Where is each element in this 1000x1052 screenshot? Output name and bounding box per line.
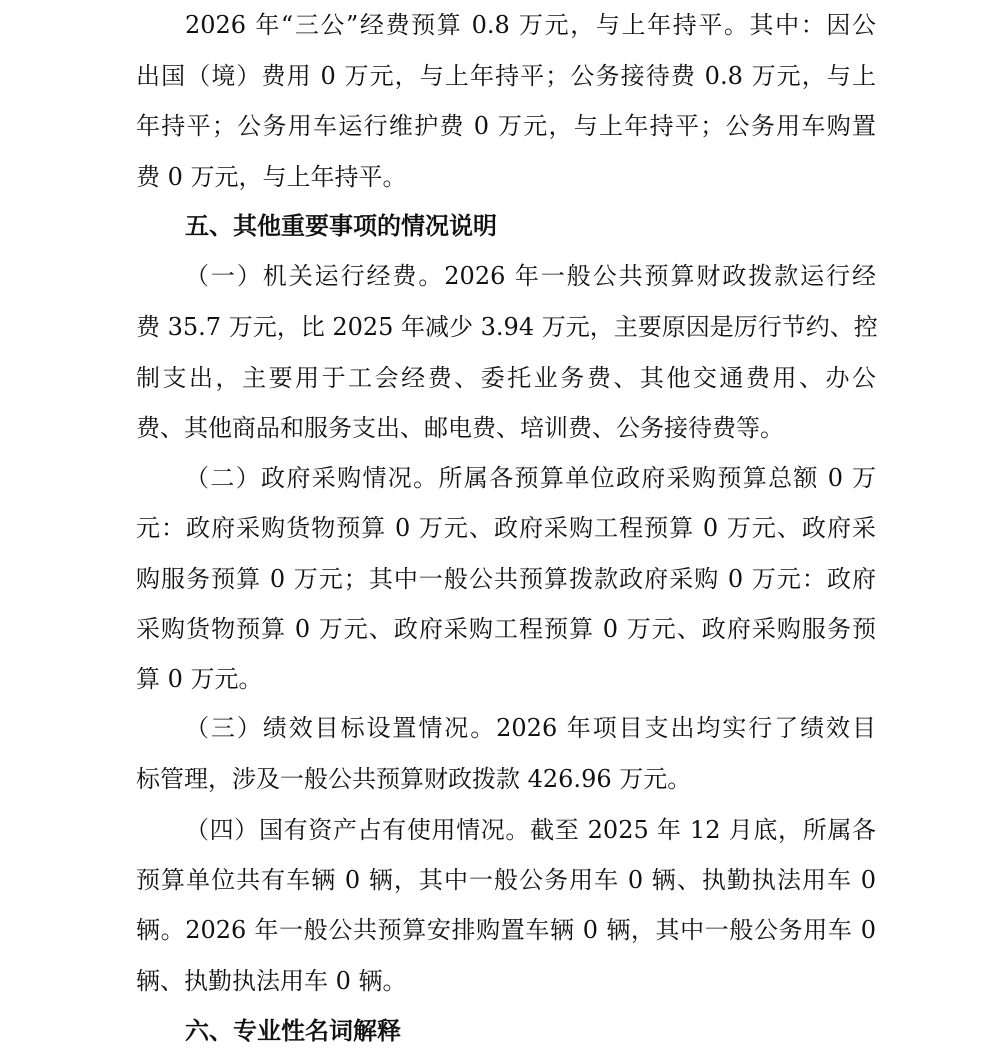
paragraph-procurement-line-4: 采购货物预算 0 万元、政府采购工程预算 0 万元、政府采购服务预 <box>136 609 876 649</box>
document-page: 2026 年“三公”经费预算 0.8 万元，与上年持平。其中：因公 出国（境）费… <box>0 0 1000 1052</box>
paragraph-operating-line-3: 制支出，主要用于工会经费、委托业务费、其他交通费用、办公 <box>136 358 876 398</box>
paragraph-operating-line-1: （一）机关运行经费。2026 年一般公共预算财政拨款运行经 <box>185 256 876 296</box>
section-heading-5: 五、其他重要事项的情况说明 <box>185 206 497 246</box>
paragraph-assets-line-2: 预算单位共有车辆 0 辆，其中一般公务用车 0 辆、执勤执法用车 0 <box>136 860 876 900</box>
paragraph-performance-line-2: 标管理，涉及一般公共预算财政拨款 426.96 万元。 <box>136 759 876 799</box>
paragraph-procurement-line-5: 算 0 万元。 <box>136 659 876 699</box>
paragraph-assets-line-3: 辆。2026 年一般公共预算安排购置车辆 0 辆，其中一般公务用车 0 <box>136 910 876 950</box>
paragraph-performance-line-1: （三）绩效目标设置情况。2026 年项目支出均实行了绩效目 <box>185 708 876 748</box>
paragraph-procurement-line-1: （二）政府采购情况。所属各预算单位政府采购预算总额 0 万 <box>185 458 876 498</box>
section-heading-6: 六、专业性名词解释 <box>185 1011 401 1051</box>
paragraph-assets-line-1: （四）国有资产占有使用情况。截至 2025 年 12 月底，所属各 <box>185 810 876 850</box>
paragraph-sangong-line-4: 费 0 万元，与上年持平。 <box>136 157 876 197</box>
paragraph-sangong-line-1: 2026 年“三公”经费预算 0.8 万元，与上年持平。其中：因公 <box>185 5 876 45</box>
paragraph-sangong-line-2: 出国（境）费用 0 万元，与上年持平；公务接待费 0.8 万元，与上 <box>136 56 876 96</box>
paragraph-operating-line-2: 费 35.7 万元，比 2025 年减少 3.94 万元，主要原因是厉行节约、控 <box>136 307 876 347</box>
paragraph-assets-line-4: 辆、执勤执法用车 0 辆。 <box>136 961 876 1001</box>
paragraph-operating-line-4: 费、其他商品和服务支出、邮电费、培训费、公务接待费等。 <box>136 408 876 448</box>
paragraph-sangong-line-3: 年持平；公务用车运行维护费 0 万元，与上年持平；公务用车购置 <box>136 106 876 146</box>
paragraph-procurement-line-2: 元：政府采购货物预算 0 万元、政府采购工程预算 0 万元、政府采 <box>136 508 876 548</box>
paragraph-procurement-line-3: 购服务预算 0 万元；其中一般公共预算拨款政府采购 0 万元：政府 <box>136 559 876 599</box>
